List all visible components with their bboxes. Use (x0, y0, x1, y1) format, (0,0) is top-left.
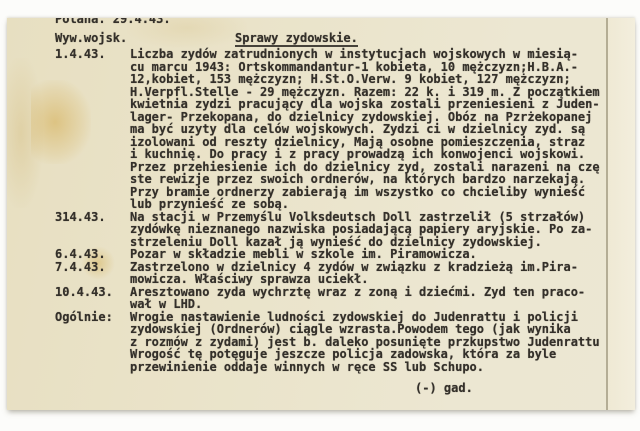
entry-text: Pozar w składzie mebli w szkole im. Pira… (130, 248, 615, 261)
source-label: Wyw.wojsk. (55, 32, 130, 47)
entry-row: 1.4.43. Liczba zydów zatrudnionych w ins… (55, 48, 615, 211)
entry-row: Ogólnie: Wrogie nastawienie ludności zyd… (55, 311, 615, 374)
signature: (-) gad. (415, 382, 473, 395)
entry-row: 10.4.43. Aresztowano zyda wychrztę wraz … (55, 286, 615, 311)
document-header: Wyw.wojsk. Sprawy zydowskie. (55, 32, 358, 47)
entry-text: Zastrzelono w dzielnicy 4 zydów w związk… (130, 261, 615, 286)
entry-row: 7.4.43. Zastrzelono w dzielnicy 4 zydów … (55, 261, 615, 286)
entry-text: Aresztowano zyda wychrztę wraz z zoną i … (130, 286, 615, 311)
document-title: Sprawy zydowskie. (235, 32, 358, 47)
document-paper: Polana. 29.4.43. Wyw.wojsk. Sprawy zydow… (7, 18, 635, 410)
entry-list: 1.4.43. Liczba zydów zatrudnionych w ins… (55, 48, 615, 373)
entry-text: Na stacji w Przemyślu Volksdeutsch Doll … (130, 211, 615, 249)
entry-date: 6.4.43. (55, 248, 130, 261)
paper-stain (7, 58, 43, 208)
entry-row: 6.4.43. Pozar w składzie mebli w szkole … (55, 248, 615, 261)
entry-date: 10.4.43. (55, 286, 130, 299)
entry-date: 7.4.43. (55, 261, 130, 274)
entry-row: 314.43. Na stacji w Przemyślu Volksdeuts… (55, 211, 615, 249)
entry-text: Liczba zydów zatrudnionych w instytucjac… (130, 48, 615, 211)
entry-date: Ogólnie: (55, 311, 130, 324)
entry-text: Wrogie nastawienie ludności zydowskiej d… (130, 311, 615, 374)
entry-date: 1.4.43. (55, 48, 130, 61)
scan-background: Polana. 29.4.43. Wyw.wojsk. Sprawy zydow… (0, 0, 640, 431)
place-date: Polana. 29.4.43. (55, 18, 171, 26)
entry-date: 314.43. (55, 211, 130, 224)
